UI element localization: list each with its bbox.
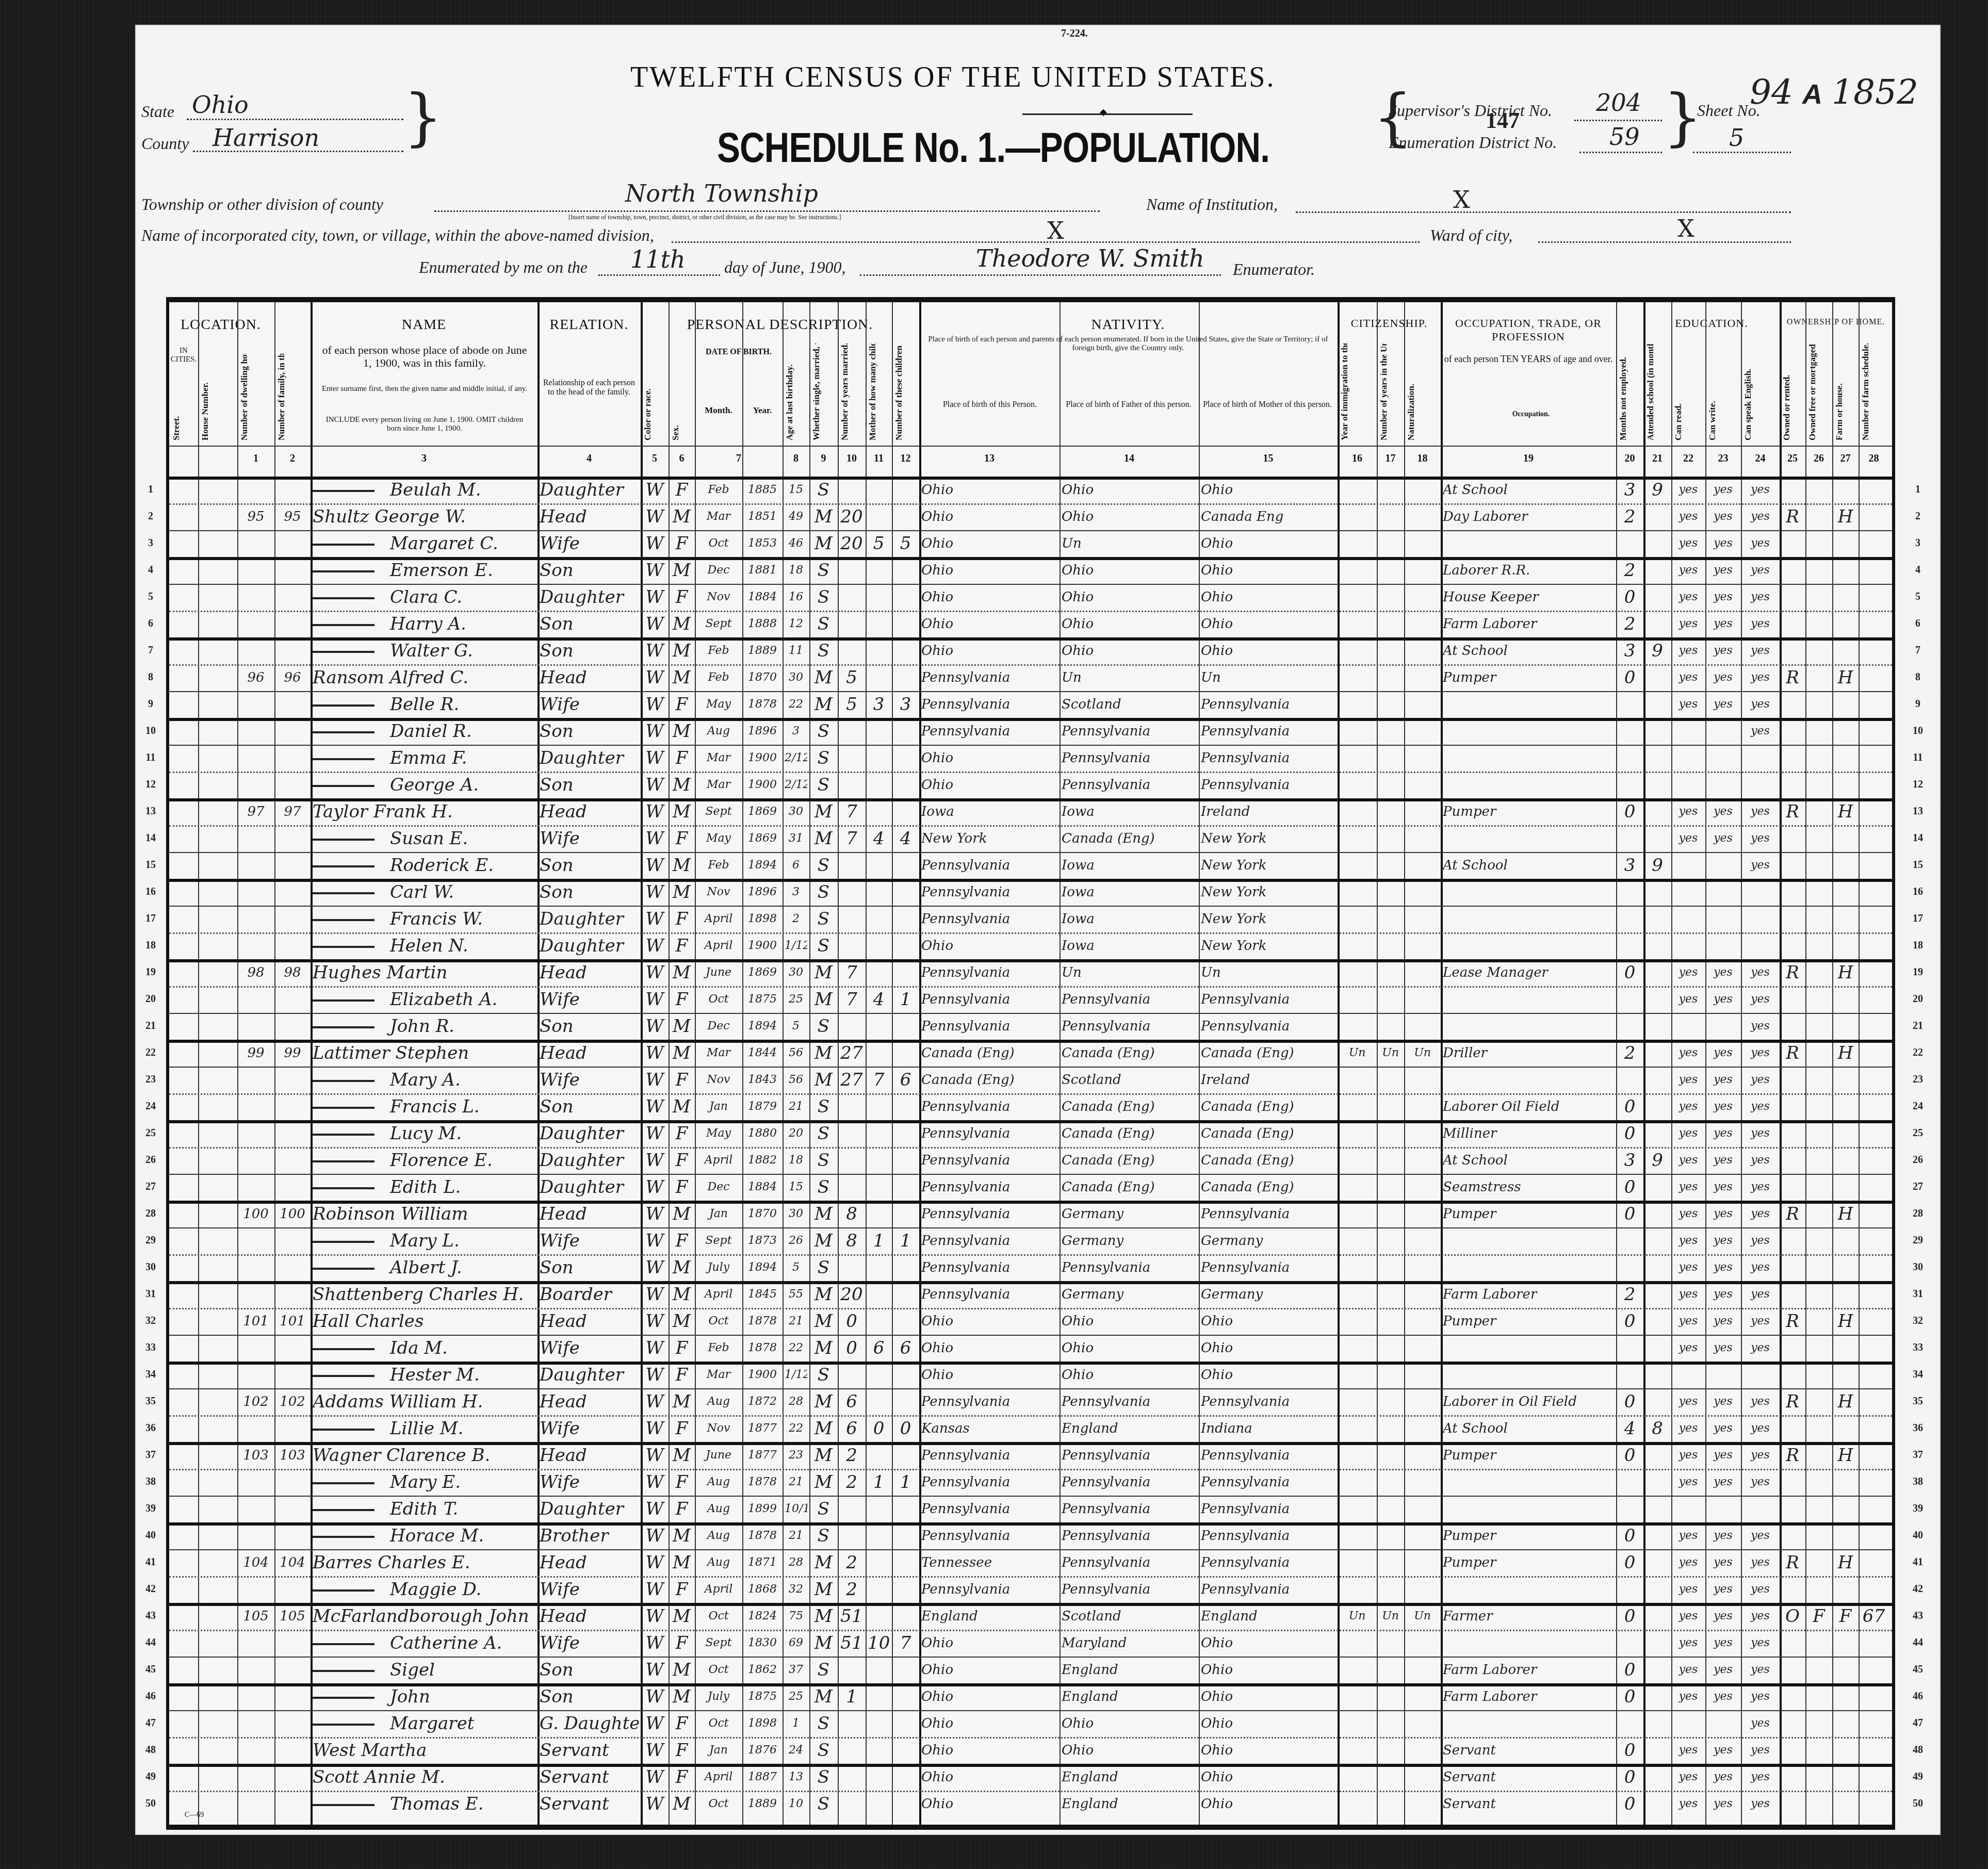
line-number: 28 [1908,1208,1928,1220]
cell-value: Ohio [1062,563,1094,578]
table-row[interactable]: Carl W.SonWMNov18963SPennsylvaniaIowaNew… [169,879,1892,906]
cell-value: 7 [900,1633,911,1653]
cell-name: Lucy M. [313,1120,535,1147]
table-row[interactable]: Roderick E.SonWMFeb18946SPennsylvaniaIow… [169,852,1892,879]
cell-bp: Ohio [921,1657,1057,1683]
line-number: 14 [1908,832,1928,844]
cell-dwelling-number [237,611,274,637]
cell-na [1406,906,1439,932]
county-value[interactable]: Harrison [213,124,319,152]
cell-value: 0 [1624,1660,1636,1680]
cell-col: W [643,1067,666,1093]
cell-value: 0 [846,1338,857,1358]
cell-fh [1834,1764,1856,1791]
table-row[interactable]: Francis W.DaughterWFApril18982SPennsylva… [169,906,1892,932]
table-row[interactable]: Daniel R.SonWMAug18963SPennsylvaniaPenns… [169,718,1892,745]
cell-value: yes [1714,993,1733,1006]
table-row[interactable]: Margaret C.WifeWFOct185346M2055OhioUnOhi… [169,530,1892,557]
cell-yu [1379,1710,1402,1737]
table-row[interactable]: Mary E.WifeWFAug187821M211PennsylvaniaPe… [169,1469,1892,1496]
cell-sch [1645,1120,1669,1147]
cell-value: yes [1714,1181,1733,1193]
cell-sch [1645,611,1669,637]
cell-own: R [1782,959,1803,986]
cell-value: Farm Laborer [1443,1662,1537,1678]
cell-yr: 1845 [744,1281,780,1308]
enumerated-day[interactable]: 11th [630,245,686,273]
institution-label: Name of Institution, [1146,195,1278,214]
group-citizenship: CITIZENSHIP. [1338,317,1441,330]
cell-value: At School [1443,1421,1508,1436]
cell-yu [1379,1093,1402,1120]
cell-mon: Sept [697,798,740,825]
cell-value: Pennsylvania [1201,1394,1290,1409]
cell-value: yes [1751,1636,1770,1649]
table-row[interactable]: Harry A.SonWMSept188812SOhioOhioOhioFarm… [169,611,1892,637]
cell-mar: M [811,530,836,557]
cell-value: Boarder [540,1284,612,1305]
cell-value: Ohio [1062,1340,1094,1356]
cell-value: Pumper [1443,1314,1496,1329]
cell-fh: H [1834,503,1856,530]
cell-rel: Head [540,1201,639,1227]
cell-mo [868,1201,890,1227]
cell-bp: Pennsylvania [921,1522,1057,1549]
cell-col: W [643,932,666,959]
cell-un: 2 [1618,503,1641,530]
cell-occ [1443,530,1614,557]
cell-liv [894,503,917,530]
cell-value: 2 [846,1445,857,1466]
city-value[interactable]: X [1047,217,1064,244]
cell-fm [1807,852,1830,879]
cell-un [1618,1335,1641,1362]
table-row[interactable]: SigelSonWMOct186237SOhioEnglandOhioFarm … [169,1657,1892,1683]
cell-family-number [274,1415,311,1442]
cell-sp [1743,772,1778,798]
cell-fh [1834,1630,1856,1657]
cell-value: M [673,1660,691,1680]
cell-mon: April [697,1281,740,1308]
cell-sp [1743,1496,1778,1522]
cell-mar: S [811,1496,836,1522]
cell-liv [894,1254,917,1281]
table-row[interactable]: Edith T.DaughterWFAug189910/12SPennsylva… [169,1496,1892,1522]
cell-ym: 2 [840,1549,863,1576]
cell-name: Francis L. [313,1093,535,1120]
cell-value: S [818,1257,829,1278]
cell-value: M [673,882,691,903]
cell-value: 30 [789,805,803,818]
cell-fm [1807,664,1830,691]
cell-sex: F [671,1362,693,1388]
table-row[interactable]: Elizabeth A.WifeWFOct187525M741Pennsylva… [169,986,1892,1013]
township-label: Township or other division of county [141,195,383,214]
cell-value: M [673,1043,691,1063]
table-row[interactable]: Hughes MartinHeadWMJune186930M7Pennsylva… [169,959,1892,986]
table-row[interactable]: Ransom Alfred C.HeadWMFeb187030M5Pennsyl… [169,664,1892,691]
cell-name: Mary A. [313,1067,535,1093]
cell-liv [894,1737,917,1764]
cell-yu [1379,1013,1402,1040]
cell-yu [1379,798,1402,825]
cell-value: yes [1751,1797,1770,1810]
table-row[interactable]: Beulah M.DaughterWFFeb188515SOhioOhioOhi… [169,477,1892,503]
cell-value: F [1813,1606,1825,1627]
cell-un: 0 [1618,1174,1641,1201]
cell-occ [1443,691,1614,718]
cell-value: 1830 [748,1636,777,1649]
cell-name: Carl W. [313,879,535,906]
table-row[interactable]: Lillie M.WifeWFNov187722M600KansasEnglan… [169,1415,1892,1442]
cell-value: yes [1679,1663,1698,1676]
cell-liv: 5 [894,530,917,557]
cell-occ: At School [1443,637,1614,664]
enumeration-value[interactable]: 59 [1609,123,1640,151]
cell-bf: England [1062,1791,1197,1817]
table-row[interactable]: JohnSonWMJuly187525M1OhioEnglandOhioFarm… [169,1683,1892,1710]
table-row[interactable]: Florence E.DaughterWFApril188218SPennsyl… [169,1147,1892,1174]
line-number: 1 [1908,484,1928,496]
cell-im [1340,1522,1375,1549]
cell-age: 28 [785,1549,807,1576]
state-value[interactable]: Ohio [192,91,249,119]
cell-rd [1673,1362,1703,1388]
cell-value: 15 [789,483,803,496]
cell-na [1406,691,1439,718]
cell-bf: Ohio [1062,1362,1197,1388]
institution-value[interactable]: X [1453,186,1470,214]
table-row[interactable]: Hall CharlesHeadWMOct187821M0OhioOhioOhi… [169,1308,1892,1335]
enumerator-name[interactable]: Theodore W. Smith [976,244,1204,272]
cell-liv [894,637,917,664]
table-row[interactable]: MargaretG. DaughterWFOct18981SOhioOhioOh… [169,1710,1892,1737]
cell-value: 15 [789,1181,803,1193]
table-row[interactable]: Edith L.DaughterWFDec188415SPennsylvania… [169,1174,1892,1201]
cell-col: W [643,503,666,530]
cell-rd [1673,1710,1703,1737]
cell-yu [1379,986,1402,1013]
cell-sch [1645,1093,1669,1120]
cell-value: yes [1714,483,1733,496]
table-row[interactable]: Mary A.WifeWFNov184356M2776Canada (Eng)S… [169,1067,1892,1093]
cell-sp: yes [1743,852,1778,879]
cell-bp: Iowa [921,798,1057,825]
cell-value: 31 [789,832,803,845]
table-row[interactable]: Emma F.DaughterWFMar19002/12SOhioPennsyl… [169,745,1892,772]
cell-value: yes [1679,510,1698,523]
cell-na [1406,1120,1439,1147]
cell-rel: Son [540,1013,639,1040]
table-row[interactable]: Walter G.SonWMFeb188911SOhioOhioOhioAt S… [169,637,1892,664]
cell-value: yes [1751,698,1770,711]
cell-value: Aug [707,1475,730,1488]
supervisor-value[interactable]: 204 [1596,89,1641,117]
cell-mon: Mar [697,503,740,530]
cell-na [1406,1227,1439,1254]
cell-col: W [643,1013,666,1040]
cell-value: yes [1751,1207,1770,1220]
cell-yr: 1851 [744,503,780,530]
cell-age: 21 [785,1308,807,1335]
cell-yu [1379,906,1402,932]
cell-own [1782,1683,1803,1710]
table-row[interactable]: Addams William H.HeadWMAug187228M6Pennsy… [169,1388,1892,1415]
line-number: 37 [1908,1449,1928,1461]
cell-yr: 1873 [744,1227,780,1254]
cell-value: 21 [789,1100,803,1113]
table-row[interactable]: Wagner Clarence B.HeadWMJune187723M2Penn… [169,1442,1892,1469]
cell-own [1782,1576,1803,1603]
cell-im [1340,932,1375,959]
table-row[interactable]: Mary L.WifeWFSept187326M811PennsylvaniaG… [169,1227,1892,1254]
cell-value: H [1838,1043,1853,1063]
table-row[interactable]: Lattimer StephenHeadWMMar184456M27Canada… [169,1040,1892,1067]
table-row[interactable]: Shultz George W.HeadWMMar185149M20OhioOh… [169,503,1892,530]
cell-value: Pennsylvania [1062,1582,1150,1597]
cell-rel: Head [540,798,639,825]
table-row[interactable]: Helen N.DaughterWFApril19001/12SOhioIowa… [169,932,1892,959]
cell-age: 12 [785,611,807,637]
cell-value: yes [1751,617,1770,630]
census-title: TWELFTH CENSUS OF THE UNITED STATES. [630,61,1275,94]
cell-value: Pennsylvania [1201,1582,1290,1597]
cell-rd: yes [1673,1576,1703,1603]
cell-na [1406,503,1439,530]
cell-value: M [814,1070,833,1090]
form-number: 7-224. [1061,28,1088,40]
cell-col: W [643,1120,666,1147]
cell-sch [1645,530,1669,557]
line-number: 46 [1908,1691,1928,1702]
cell-bm: Germany [1201,1281,1335,1308]
table-row[interactable]: Barres Charles E.HeadWMAug187128M2Tennes… [169,1549,1892,1576]
cell-bm: New York [1201,852,1335,879]
ward-value[interactable]: X [1677,215,1694,242]
cell-occ: At School [1443,1147,1614,1174]
cell-age: 30 [785,1201,807,1227]
column-number: 3 [311,453,537,465]
cell-wr: yes [1707,637,1739,664]
line-number: 28 [140,1208,161,1220]
cell-value: Pennsylvania [921,992,1010,1007]
cell-value: 56 [789,1046,803,1059]
cell-sch [1645,1013,1669,1040]
table-row[interactable]: Albert J.SonWMJuly18945SPennsylvaniaPenn… [169,1254,1892,1281]
cell-sp: yes [1743,1147,1778,1174]
cell-value: 30 [789,1207,803,1220]
cell-value: 20 [840,506,862,527]
cell-rd [1673,1013,1703,1040]
ward-line [1538,241,1791,243]
cell-mar: M [811,825,836,852]
table-row[interactable]: Emerson E.SonWMDec188118SOhioOhioOhioLab… [169,557,1892,584]
cell-bf: Pennsylvania [1062,986,1197,1013]
cell-value: 1900 [748,778,777,791]
cell-mar: M [811,1067,836,1093]
table-row[interactable]: Maggie D.WifeWFApril186832M2Pennsylvania… [169,1576,1892,1603]
cell-value: 1870 [748,1207,777,1220]
cell-value: M [673,1257,691,1278]
line-number: 43 [1908,1610,1928,1622]
cell-value: S [818,587,829,608]
line-number: 20 [1908,993,1928,1005]
cell-value: 6 [846,1418,857,1439]
cell-dwelling-number [237,1630,274,1657]
cell-own [1782,1120,1803,1147]
cell-value: 10 [789,1797,803,1810]
cell-occ: Seamstress [1443,1174,1614,1201]
table-row[interactable]: Thomas E.ServantWMOct188910SOhioEnglandO… [169,1791,1892,1817]
table-row[interactable]: Hester M.DaughterWFMar19001/12SOhioOhioO… [169,1362,1892,1388]
cell-fm [1807,637,1830,664]
cell-mo [868,745,890,772]
cell-value: 2 [846,1472,857,1493]
cell-value: yes [1714,617,1733,630]
table-row[interactable]: Belle R.WifeWFMay187822M533PennsylvaniaS… [169,691,1892,718]
cell-family-number [274,584,311,611]
cell-value: Albert J. [390,1257,462,1278]
cell-mon: May [697,691,740,718]
table-row[interactable]: George A.SonWMMar19002/12SOhioPennsylvan… [169,772,1892,798]
column-number: 20 [1616,453,1643,465]
cell-bm: Pennsylvania [1201,1442,1335,1469]
cell-sex: F [671,530,693,557]
cell-occ: Pumper [1443,664,1614,691]
table-row[interactable]: McFarlandborough JohnHeadWMOct182475M51E… [169,1603,1892,1630]
cell-yr: 1870 [744,1201,780,1227]
table-row[interactable]: Susan E.WifeWFMay186931M744New YorkCanad… [169,825,1892,852]
cell-own [1782,932,1803,959]
cell-sex: M [671,557,693,584]
cell-value: Pennsylvania [1201,750,1290,766]
cell-fs [1861,1120,1887,1147]
cell-value: 1888 [748,617,777,630]
cell-mo [868,557,890,584]
cell-value: 1875 [748,993,777,1006]
cell-value: S [818,882,829,903]
table-row[interactable]: Horace M.BrotherWMAug187821SPennsylvania… [169,1522,1892,1549]
cell-value: Ohio [1062,1743,1094,1758]
cell-value: Canada (Eng) [1062,1099,1155,1114]
ditto-dash [313,1160,374,1162]
cell-fh [1834,1683,1856,1710]
cell-own: O [1782,1603,1803,1630]
cell-age: 13 [785,1764,807,1791]
cell-col: W [643,1549,666,1576]
cell-ym [840,1737,863,1764]
cell-value: M [673,801,691,822]
table-row[interactable]: Francis L.SonWMJan187921SPennsylvaniaCan… [169,1093,1892,1120]
cell-value: Ohio [1201,482,1233,498]
line-number: 45 [140,1664,161,1676]
cell-value: M [814,989,833,1010]
cell-im [1340,1335,1375,1362]
cell-value: yes [1751,1449,1770,1462]
table-row[interactable]: Taylor Frank H.HeadWMSept186930M7IowaIow… [169,798,1892,825]
cell-value: Ohio [1062,589,1094,605]
cell-liv [894,1683,917,1710]
table-row[interactable]: Lucy M.DaughterWFMay188020SPennsylvaniaC… [169,1120,1892,1147]
cell-value: Head [540,801,587,822]
cell-value: Ohio [921,536,953,551]
cell-value: yes [1751,1100,1770,1113]
cell-value: W [646,694,664,715]
cell-rd: yes [1673,1201,1703,1227]
cell-liv [894,1791,917,1817]
cell-yr: 1824 [744,1603,780,1630]
table-row[interactable]: Shattenberg Charles H.BoarderWMApril1845… [169,1281,1892,1308]
table-row[interactable]: Ida M.WifeWFFeb187822M066OhioOhioOhioyes… [169,1335,1892,1362]
cell-value: Aug [707,1529,730,1542]
cell-family-number [274,1469,311,1496]
cell-liv: 1 [894,1469,917,1496]
table-row[interactable]: Clara C.DaughterWFNov188416SOhioOhioOhio… [169,584,1892,611]
cell-value: 1880 [748,1127,777,1140]
supervisor-label: Supervisor's District No. [1389,101,1552,120]
cell-ym [840,1254,863,1281]
cell-bf: Pennsylvania [1062,1576,1197,1603]
cell-na [1406,1013,1439,1040]
cell-sp: yes [1743,1630,1778,1657]
cell-value: Pumper [1443,1555,1496,1570]
cell-sex: M [671,879,693,906]
cell-mar: S [811,906,836,932]
cell-own [1782,1335,1803,1362]
cell-liv [894,1442,917,1469]
cell-ym: 0 [840,1308,863,1335]
cell-mo: 1 [868,1469,890,1496]
table-row[interactable]: Robinson WilliamHeadWMJan187030M8Pennsyl… [169,1201,1892,1227]
column-number: 24 [1741,453,1780,465]
table-row[interactable]: West MarthaServantWFJan187624SOhioOhioOh… [169,1737,1892,1764]
cell-value: 20 [789,1127,803,1140]
cell-value: W [646,1552,664,1573]
cell-rd: yes [1673,1415,1703,1442]
cell-value: 20 [840,533,862,554]
cell-value: Edith L. [390,1177,461,1198]
cell-value: W [646,1338,664,1358]
cell-yu [1379,1308,1402,1335]
cell-na [1406,1335,1439,1362]
cell-rel: Son [540,637,639,664]
ditto-dash [313,1643,374,1645]
table-row[interactable]: Scott Annie M.ServantWFApril188713SOhioE… [169,1764,1892,1791]
township-value[interactable]: North Township [625,179,818,207]
cell-mo [868,798,890,825]
cell-value: 2 [1624,614,1636,634]
cell-un: 0 [1618,1791,1641,1817]
cell-value: S [818,1016,829,1037]
cell-value: Pennsylvania [1062,1019,1150,1034]
cell-bm: Pennsylvania [1201,1522,1335,1549]
cell-value: Son [540,1686,574,1707]
cell-value: 1881 [748,564,777,577]
column-number: 2 [274,453,311,465]
table-row[interactable]: John R.SonWMDec18945SPennsylvaniaPennsyl… [169,1013,1892,1040]
table-row[interactable]: Catherine A.WifeWFSept183069M51107OhioMa… [169,1630,1892,1657]
sheet-value[interactable]: 5 [1729,124,1744,152]
cell-ym [840,611,863,637]
cell-na [1406,1791,1439,1817]
cell-na [1406,611,1439,637]
cell-value: Wife [540,533,580,554]
cell-yr: 1869 [744,825,780,852]
cell-value: 32 [789,1583,803,1596]
cell-mo [868,611,890,637]
city-line [672,241,1420,243]
cell-ym: 20 [840,530,863,557]
